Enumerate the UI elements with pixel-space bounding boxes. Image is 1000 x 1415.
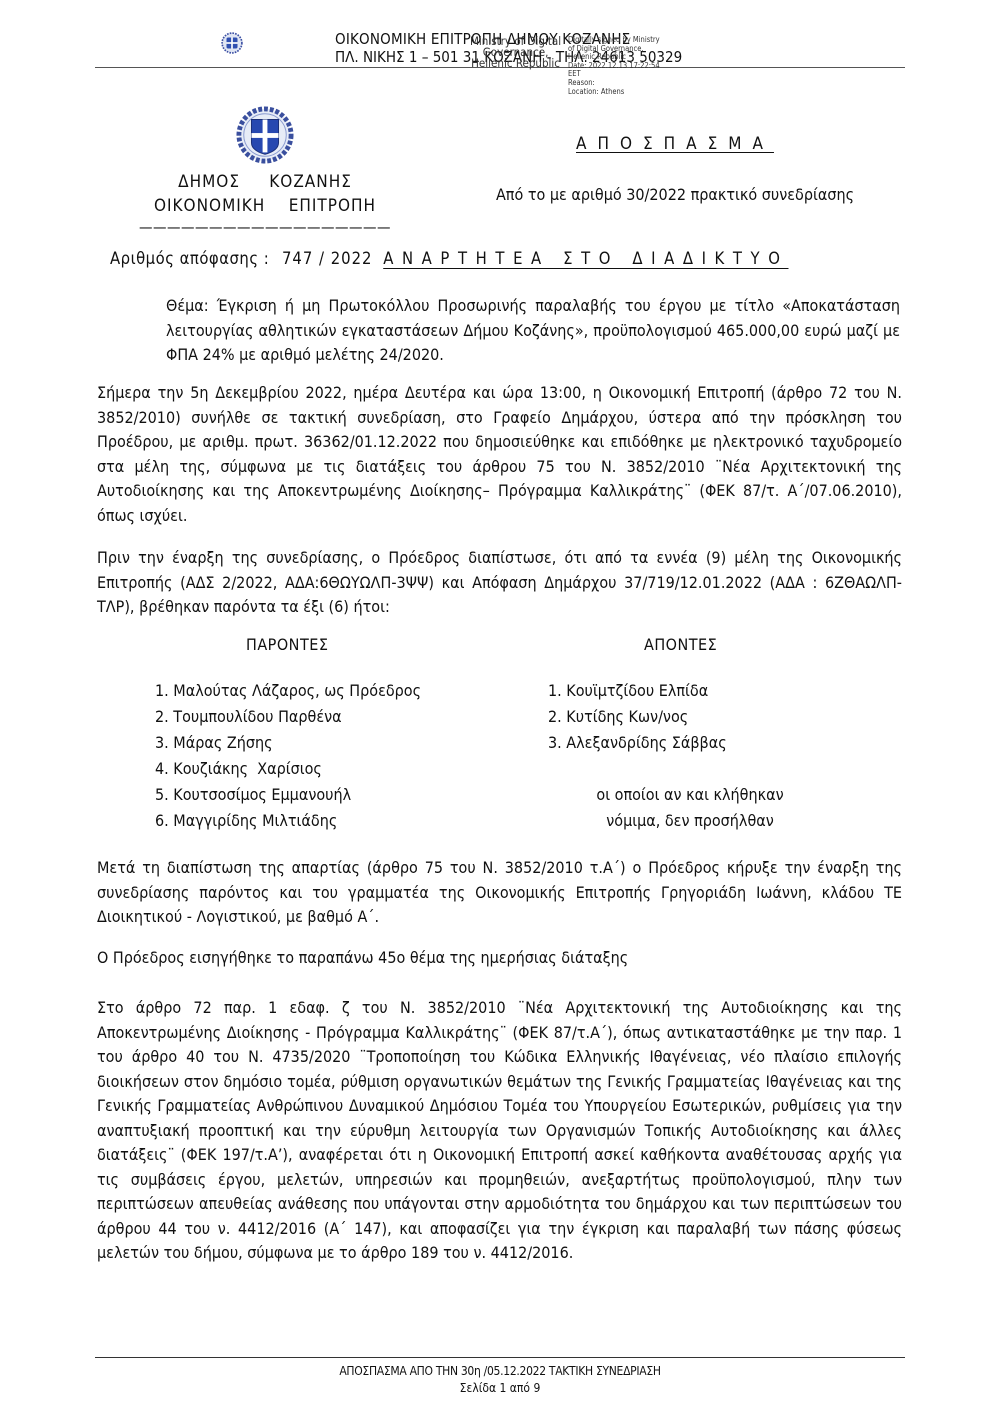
absent-members-list: 1. Κουϊμτζίδου Ελπίδα 2. Κυτίδης Κων/νος… [548,678,727,756]
posting-notice: ΑΝΑΡΤΗΤΕΑ ΣΤΟ ΔΙΑΔΙΚΤΥΟ [383,249,788,268]
issuer-block: ΔΗΜΟΣ ΚΟΖΑΝΗΣ ΟΙΚΟΝΟΜΙΚΗ ΕΠΙΤΡΟΠΗ ——————… [110,170,420,236]
absent-note-line: νόμιμα, δεν προσήλθαν [540,808,840,834]
decision-number-row: Αριθμός απόφασης : 747 / 2022 ΑΝΑΡΤΗΤΕΑ … [110,249,789,268]
agenda-item-paragraph: Ο Πρόεδρος εισηγήθηκε το παραπάνω 45ο θέ… [97,946,902,971]
absent-heading: ΑΠΟΝΤΕΣ [644,635,844,654]
signature-stamp-name: Ministry of Digital Governance, Hellenic… [470,36,561,69]
present-members-list: 1. Μαλούτας Λάζαρος, ως Πρόεδρος 2. Τουμ… [155,678,421,834]
legal-basis-paragraph: Στο άρθρο 72 παρ. 1 εδαφ. ζ του Ν. 3852/… [97,996,902,1266]
footer-divider [95,1357,905,1358]
list-item: 6. Μαγγιρίδης Μιλτιάδης [155,808,421,834]
committee-name: ΟΙΚΟΝΟΜΙΚΗ ΕΠΙΤΡΟΠΗ [110,194,420,218]
greek-coat-of-arms-icon [221,31,243,55]
municipality-name: ΔΗΜΟΣ ΚΟΖΑΝΗΣ [110,170,420,194]
list-item: 3. Μάρας Ζήσης [155,730,421,756]
signature-location: Location: Athens [568,88,660,97]
signature-date: Date: 2022.12.13 17:22:54 [568,62,660,71]
subject-paragraph: Θέμα: Έγκριση ή μη Πρωτοκόλλου Προσωρινή… [166,294,900,368]
greek-coat-of-arms-icon [236,106,294,164]
absent-note: οι οποίοι αν και κλήθηκαν νόμιμα, δεν πρ… [540,782,840,834]
document-type: ΑΠΟΣΠΑΣΜΑ [440,134,910,154]
list-item: 2. Κυτίδης Κων/νος [548,704,727,730]
footer-title: ΑΠΟΣΠΑΣΜΑ ΑΠΟ ΤΗΝ 30η /05.12.2022 ΤΑΚΤΙΚ… [0,1364,1000,1378]
opening-paragraph: Μετά τη διαπίστωση της απαρτίας (άρθρο 7… [97,856,902,930]
present-heading: ΠΑΡΟΝΤΕΣ [246,635,446,654]
quorum-paragraph: Πριν την έναρξη της συνεδρίασης, ο Πρόεδ… [97,546,902,620]
list-item: 3. Αλεξανδρίδης Σάββας [548,730,727,756]
list-item: 2. Τουμπουλίδου Παρθένα [155,704,421,730]
list-item: 4. Κουζιάκης Χαρίσιος [155,756,421,782]
page-number: Σελίδα 1 από 9 [0,1381,1000,1395]
list-item: 5. Κουτσοσίμος Εμμανουήλ [155,782,421,808]
list-item: 1. Μαλούτας Λάζαρος, ως Πρόεδρος [155,678,421,704]
signature-name-line: Hellenic Republic [470,58,561,69]
meeting-intro-paragraph: Σήμερα την 5η Δεκεμβρίου 2022, ημέρα Δευ… [97,381,902,528]
minutes-reference: Από το με αριθμό 30/2022 πρακτικό συνεδρ… [440,185,910,204]
list-item: 1. Κουϊμτζίδου Ελπίδα [548,678,727,704]
issuer-separator: —————————————————— [110,218,420,236]
decision-number: 747 / 2022 [282,249,373,268]
signature-stamp-details: Digitally signed by Ministry of Digital … [568,36,660,96]
absent-note-line: οι οποίοι αν και κλήθηκαν [540,782,840,808]
document-type-label: ΑΠΟΣΠΑΣΜΑ [576,134,774,154]
decision-number-label: Αριθμός απόφασης : [110,249,269,268]
